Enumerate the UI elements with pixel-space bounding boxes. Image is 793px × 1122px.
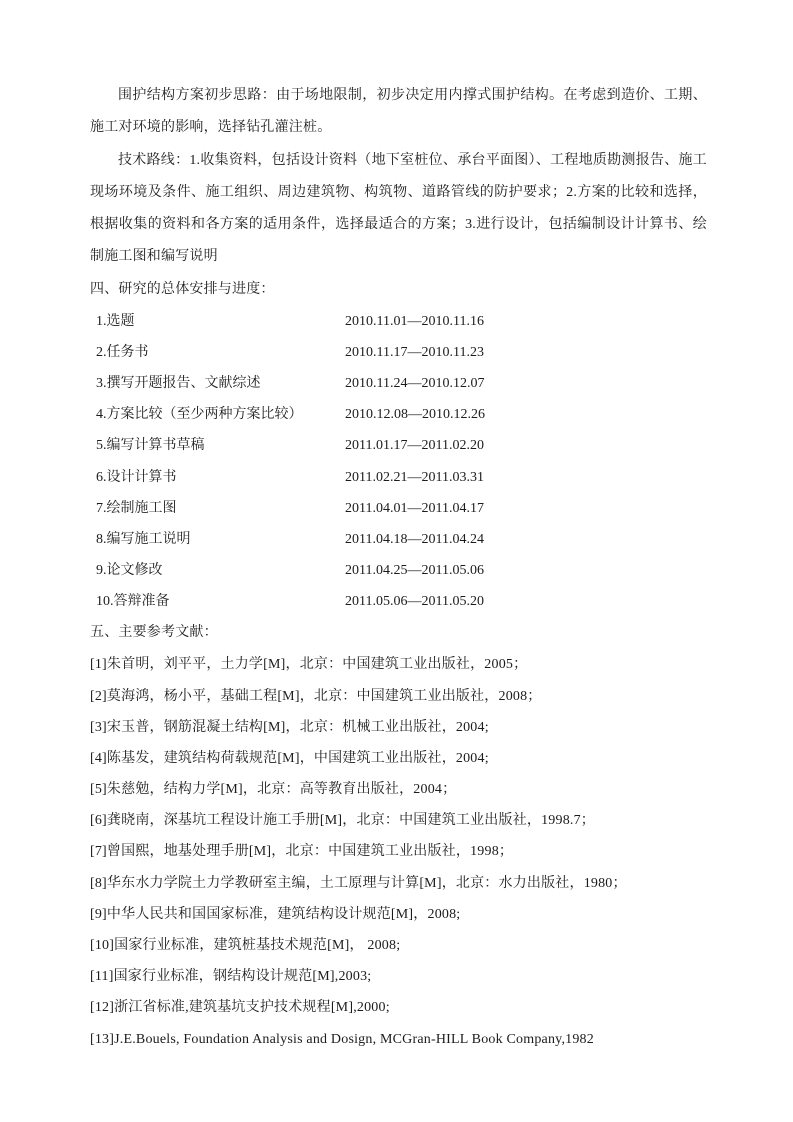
schedule-dates: 2010.11.01—2010.11.16 — [345, 306, 484, 337]
reference-item: [7]曾国熙，地基处理手册[M]，北京：中国建筑工业出版社，1998； — [90, 836, 707, 867]
reference-item: [11]国家行业标准，钢结构设计规范[M],2003; — [90, 961, 707, 992]
section-heading-schedule: 四、研究的总体安排与进度： — [90, 274, 707, 306]
schedule-list: 1.选题 2010.11.01—2010.11.16 2.任务书 2010.11… — [90, 306, 707, 617]
schedule-dates: 2011.04.18—2011.04.24 — [345, 524, 484, 555]
schedule-task: 8.编写施工说明 — [96, 532, 191, 547]
schedule-dates: 2011.02.21—2011.03.31 — [345, 462, 484, 493]
schedule-dates: 2010.11.24—2010.12.07 — [345, 368, 484, 399]
schedule-row: 8.编写施工说明 2011.04.18—2011.04.24 — [90, 524, 707, 555]
schedule-task: 4.方案比较（至少两种方案比较） — [96, 407, 303, 422]
schedule-row: 5.编写计算书草稿 2011.01.17—2011.02.20 — [90, 430, 707, 461]
schedule-row: 9.论文修改 2011.04.25—2011.05.06 — [90, 555, 707, 586]
schedule-row: 2.任务书 2010.11.17—2010.11.23 — [90, 337, 707, 368]
schedule-dates: 2011.01.17—2011.02.20 — [345, 430, 484, 461]
schedule-dates: 2011.04.25—2011.05.06 — [345, 555, 484, 586]
schedule-task: 7.绘制施工图 — [96, 501, 177, 516]
schedule-dates: 2010.11.17—2010.11.23 — [345, 337, 484, 368]
paragraph-technical-route: 技术路线：1.收集资料，包括设计资料（地下室桩位、承台平面图）、工程地质勘测报告… — [90, 145, 707, 274]
schedule-task: 5.编写计算书草稿 — [96, 438, 205, 453]
schedule-dates: 2011.05.06—2011.05.20 — [345, 586, 484, 617]
reference-item: [13]J.E.Bouels, Foundation Analysis and … — [90, 1024, 707, 1055]
reference-item: [3]宋玉普，钢筋混凝土结构[M]，北京：机械工业出版社，2004; — [90, 712, 707, 743]
reference-item: [9]中华人民共和国国家标准，建筑结构设计规范[M]，2008; — [90, 899, 707, 930]
schedule-dates: 2010.12.08—2010.12.26 — [345, 399, 485, 430]
reference-item: [10]国家行业标准，建筑桩基技术规范[M]， 2008; — [90, 930, 707, 961]
schedule-task: 1.选题 — [96, 314, 135, 329]
schedule-row: 7.绘制施工图 2011.04.01—2011.04.17 — [90, 493, 707, 524]
schedule-task: 3.撰写开题报告、文献综述 — [96, 376, 261, 391]
schedule-task: 10.答辩准备 — [96, 594, 170, 609]
reference-item: [5]朱慈勉，结构力学[M]，北京：高等教育出版社，2004； — [90, 774, 707, 805]
schedule-row: 3.撰写开题报告、文献综述 2010.11.24—2010.12.07 — [90, 368, 707, 399]
reference-item: [1]朱首明，刘平平，土力学[M]，北京：中国建筑工业出版社，2005； — [90, 649, 707, 680]
reference-item: [8]华东水力学院土力学教研室主编，土工原理与计算[M]，北京：水力出版社，19… — [90, 868, 707, 899]
schedule-row: 1.选题 2010.11.01—2010.11.16 — [90, 306, 707, 337]
schedule-task: 2.任务书 — [96, 345, 149, 360]
schedule-row: 6.设计计算书 2011.02.21—2011.03.31 — [90, 462, 707, 493]
reference-item: [4]陈基发，建筑结构荷载规范[M]，中国建筑工业出版社，2004; — [90, 743, 707, 774]
schedule-dates: 2011.04.01—2011.04.17 — [345, 493, 484, 524]
reference-item: [6]龚晓南，深基坑工程设计施工手册[M]，北京：中国建筑工业出版社，1998.… — [90, 805, 707, 836]
reference-item: [2]莫海鸿，杨小平，基础工程[M]，北京：中国建筑工业出版社，2008； — [90, 681, 707, 712]
schedule-row: 4.方案比较（至少两种方案比较） 2010.12.08—2010.12.26 — [90, 399, 707, 430]
reference-list: [1]朱首明，刘平平，土力学[M]，北京：中国建筑工业出版社，2005； [2]… — [90, 649, 707, 1054]
schedule-task: 9.论文修改 — [96, 563, 163, 578]
schedule-task: 6.设计计算书 — [96, 470, 177, 485]
section-heading-references: 五、主要参考文献： — [90, 617, 707, 649]
paragraph-enclosure-plan: 围护结构方案初步思路：由于场地限制，初步决定用内撑式围护结构。在考虑到造价、工期… — [90, 80, 707, 145]
reference-item: [12]浙江省标准,建筑基坑支护技术规程[M],2000; — [90, 992, 707, 1023]
schedule-row: 10.答辩准备 2011.05.06—2011.05.20 — [90, 586, 707, 617]
document-page: 围护结构方案初步思路：由于场地限制，初步决定用内撑式围护结构。在考虑到造价、工期… — [0, 0, 793, 1122]
